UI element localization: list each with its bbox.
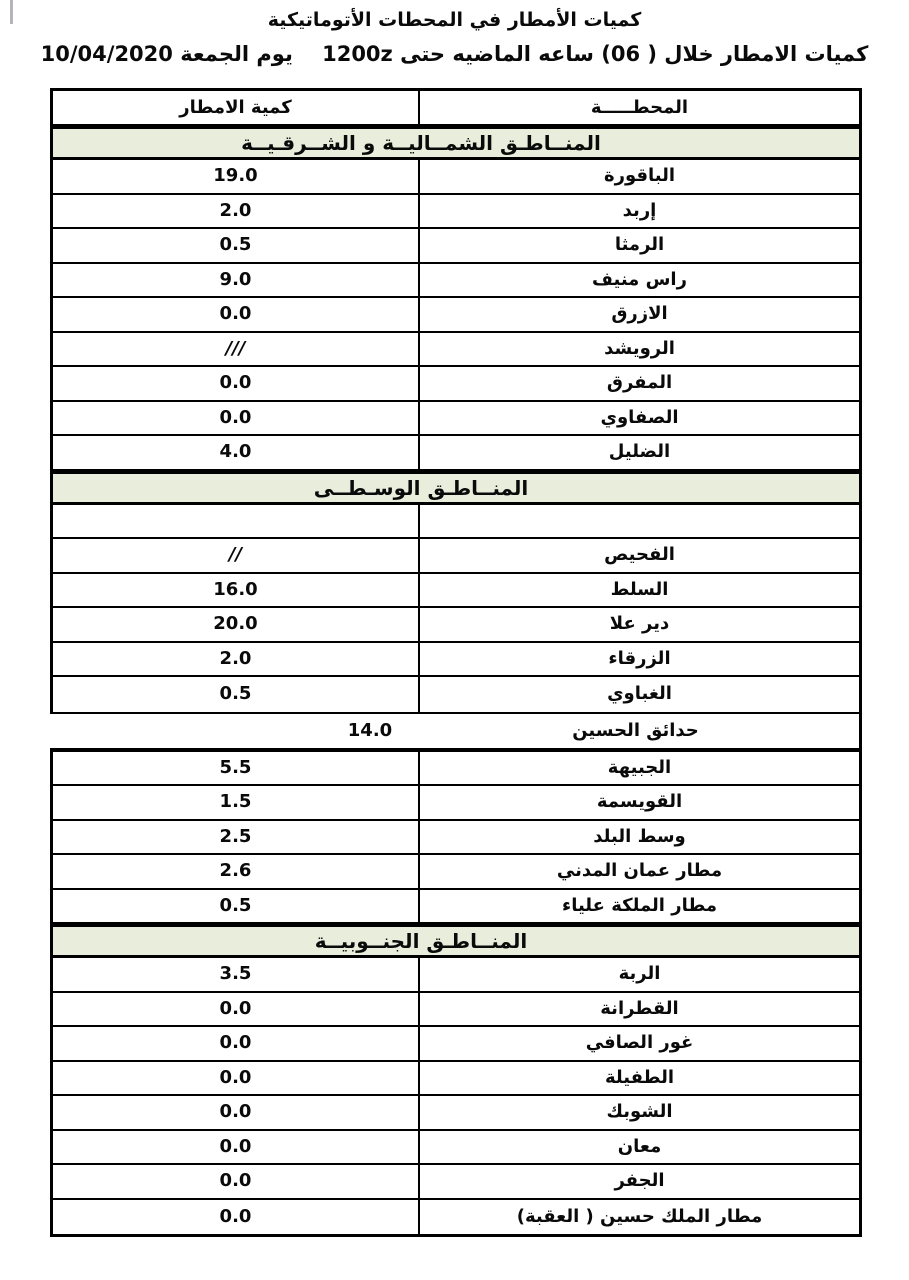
table-row: 0.0معان — [53, 1131, 859, 1166]
station-name: الطفيلة — [420, 1062, 859, 1095]
station-name: السلط — [420, 574, 859, 607]
amount-column-header: كمية الامطار — [53, 91, 420, 124]
station-name: مطار الملك حسين ( العقبة) — [420, 1200, 859, 1235]
table-row: 20.0دير علا — [53, 608, 859, 643]
rain-amount: 2.5 — [53, 821, 420, 854]
table-row: ///الرويشد — [53, 333, 859, 368]
rain-amount: 0.0 — [53, 1165, 420, 1198]
table-row: 19.0الباقورة — [53, 160, 859, 195]
table-block-2: 14.0حدائق الحسين — [50, 714, 862, 748]
rain-amount: 9.0 — [53, 264, 420, 297]
station-name: الازرق — [420, 298, 859, 331]
table-row — [53, 505, 859, 540]
rain-amount: 2.0 — [53, 195, 420, 228]
rain-amount: /// — [53, 333, 420, 366]
station-name: الجفر — [420, 1165, 859, 1198]
section-label: المنــاطـق الوسـطــى — [53, 474, 859, 502]
page-edge-artifact — [10, 0, 13, 24]
unbordered-table-row: 14.0حدائق الحسين — [50, 714, 859, 748]
rain-amount: 0.0 — [53, 1131, 420, 1164]
rain-amount: 0.0 — [53, 993, 420, 1026]
table-row: 2.5وسط البلد — [53, 821, 859, 856]
station-name: مطار عمان المدني — [420, 855, 859, 888]
report-subtitle: كميات الامطار خلال ( 06) ساعه الماضيه حت… — [0, 42, 909, 66]
rain-amount: 19.0 — [53, 160, 420, 193]
station-name: غور الصافي — [420, 1027, 859, 1060]
table-block-1: كمية الامطارالمحطـــــةالمنــاطـق الشمــ… — [50, 88, 862, 714]
table-row: 0.0الجفر — [53, 1165, 859, 1200]
rain-amount: 0.0 — [53, 1200, 420, 1235]
rain-amount: // — [53, 539, 420, 572]
rain-table: كمية الامطارالمحطـــــةالمنــاطـق الشمــ… — [50, 88, 862, 1237]
table-row: 0.5الغباوي — [53, 677, 859, 712]
rain-amount: 0.0 — [53, 298, 420, 331]
station-name: الصفاوي — [420, 402, 859, 435]
station-name: معان — [420, 1131, 859, 1164]
table-row: 16.0السلط — [53, 574, 859, 609]
section-label: المنــاطـق الجنــوبيــة — [53, 927, 859, 955]
report-page: كميات الأمطار في المحطات الأتوماتيكية كم… — [0, 0, 909, 1280]
rain-amount: 0.0 — [53, 367, 420, 400]
rain-amount: 3.5 — [53, 958, 420, 991]
station-name: الشوبك — [420, 1096, 859, 1129]
table-row: 0.0الطفيلة — [53, 1062, 859, 1097]
rain-amount: 2.6 — [53, 855, 420, 888]
station-name: الضليل — [420, 436, 859, 469]
section-header-row: المنــاطـق الشمــاليــة و الشــرقـيــة — [53, 126, 859, 160]
section-label: المنــاطـق الشمــاليــة و الشــرقـيــة — [53, 129, 859, 157]
column-header-row: كمية الامطارالمحطـــــة — [53, 91, 859, 126]
table-row: 0.0المفرق — [53, 367, 859, 402]
station-name: الرمثا — [420, 229, 859, 262]
table-row: 4.0الضليل — [53, 436, 859, 471]
rain-amount: 0.0 — [53, 1062, 420, 1095]
table-row: 0.0الشوبك — [53, 1096, 859, 1131]
rain-amount: 20.0 — [53, 608, 420, 641]
station-name: راس منيف — [420, 264, 859, 297]
table-row: 0.5مطار الملكة علياء — [53, 890, 859, 925]
station-name: القطرانة — [420, 993, 859, 1026]
table-row: 9.0راس منيف — [53, 264, 859, 299]
table-row: 0.0غور الصافي — [53, 1027, 859, 1062]
table-row: 0.0مطار الملك حسين ( العقبة) — [53, 1200, 859, 1235]
rain-amount: 0.0 — [53, 402, 420, 435]
rain-amount: 4.0 — [53, 436, 420, 469]
station-name: المفرق — [420, 367, 859, 400]
station-name: الفحيص — [420, 539, 859, 572]
station-name: الربة — [420, 958, 859, 991]
rain-amount: 0.5 — [53, 890, 420, 923]
table-row: 2.0الزرقاء — [53, 643, 859, 678]
station-name: مطار الملكة علياء — [420, 890, 859, 923]
station-column-header: المحطـــــة — [420, 91, 859, 124]
table-row: 0.0الازرق — [53, 298, 859, 333]
section-header-row: المنــاطـق الوسـطــى — [53, 471, 859, 505]
section-header-row: المنــاطـق الجنــوبيــة — [53, 924, 859, 958]
rain-amount: 0.5 — [53, 229, 420, 262]
station-name: وسط البلد — [420, 821, 859, 854]
station-name: إربد — [420, 195, 859, 228]
rain-amount: 0.5 — [53, 677, 420, 712]
table-row: //الفحيص — [53, 539, 859, 574]
rain-amount: 0.0 — [53, 1096, 420, 1129]
table-row: 2.6مطار عمان المدني — [53, 855, 859, 890]
station-name: دير علا — [420, 608, 859, 641]
station-name: الزرقاء — [420, 643, 859, 676]
station-name: الغباوي — [420, 677, 859, 712]
station-name: الباقورة — [420, 160, 859, 193]
station-name: القويسمة — [420, 786, 859, 819]
station-name — [420, 505, 859, 538]
table-row: 0.0الصفاوي — [53, 402, 859, 437]
rain-amount: 0.0 — [53, 1027, 420, 1060]
report-title: كميات الأمطار في المحطات الأتوماتيكية — [0, 0, 909, 31]
table-row: 1.5القويسمة — [53, 786, 859, 821]
rain-amount: 1.5 — [53, 786, 420, 819]
station-name: الرويشد — [420, 333, 859, 366]
table-row: 0.0القطرانة — [53, 993, 859, 1028]
rain-amount — [53, 505, 420, 538]
table-row: 0.5الرمثا — [53, 229, 859, 264]
rain-amount: 16.0 — [53, 574, 420, 607]
table-row: 2.0إربد — [53, 195, 859, 230]
station-name: الجبيهة — [420, 752, 859, 785]
table-row: 3.5الربة — [53, 958, 859, 993]
table-row: 5.5الجبيهة — [53, 752, 859, 787]
station-name: حدائق الحسين — [415, 714, 856, 748]
rain-amount: 5.5 — [53, 752, 420, 785]
table-block-3: 5.5الجبيهة1.5القويسمة2.5وسط البلد2.6مطار… — [50, 748, 862, 1238]
rain-amount: 2.0 — [53, 643, 420, 676]
